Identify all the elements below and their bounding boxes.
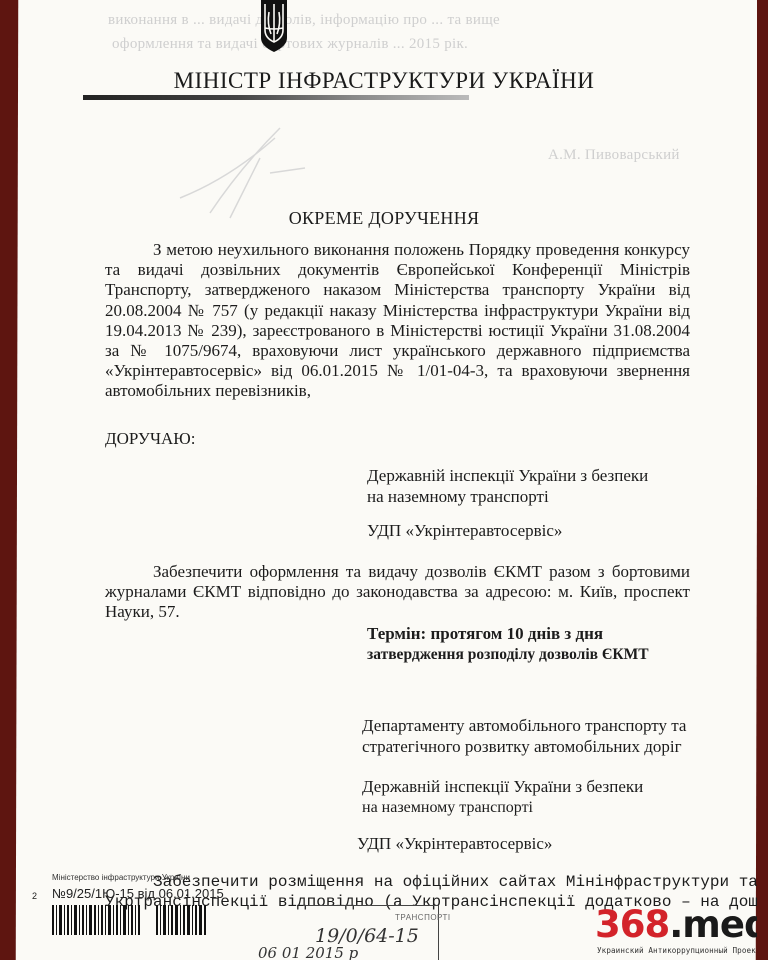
addressee-2: УДП «Укрінтеравтосервіс»: [367, 520, 562, 541]
bleed-through-line-2: оформлення та видачі бортових журналів .…: [112, 36, 468, 53]
barcode-icon: [52, 905, 206, 935]
preamble-line: та видачі дозвільних документів Європейс…: [105, 260, 690, 280]
order-word: ДОРУЧАЮ:: [105, 428, 195, 449]
deadline-line: затвердження розподілу дозволів ЄКМТ: [367, 644, 649, 665]
scan-edge-right: [757, 0, 768, 960]
addressee-1: Державній інспекції України з безпеки на…: [367, 465, 648, 507]
preamble-line: Транспорту, затвердженого наказом Мініст…: [105, 280, 690, 300]
addressee-line: Державній інспекції України з безпеки: [362, 776, 643, 797]
registration-caption: Міністерство інфраструктури України: [52, 873, 190, 882]
preamble-line: 19.04.2013 № 239), зареєстрованого в Мін…: [105, 321, 690, 341]
bleed-through-signature-name: А.М. Пивоварський: [548, 147, 680, 164]
watermark-number: 368: [595, 903, 669, 946]
registration-number: №9/25/1Ю-15 від 06.01.2015: [52, 886, 224, 901]
addressee-3: Департаменту автомобільного транспорту т…: [362, 715, 686, 757]
watermark-dot: .: [669, 903, 682, 946]
addressee-line: на наземному транспорті: [362, 797, 643, 818]
addressee-4: Державній інспекції України з безпеки на…: [362, 776, 643, 818]
bleed-through-line-1: виконання в ... видачі дозволів, інформа…: [108, 12, 500, 29]
document-title: ОКРЕМЕ ДОРУЧЕННЯ: [0, 208, 768, 229]
header-rule: [83, 95, 469, 100]
addressee-line: на наземному транспорті: [367, 486, 648, 507]
trident-emblem-icon: [261, 0, 287, 52]
preamble-line: 20.08.2004 № 757 (у редакції наказу Міні…: [105, 301, 690, 321]
ministry-header: МІНІСТР ІНФРАСТРУКТУРИ УКРАЇНИ: [0, 68, 768, 94]
stamp-label: ТРАНСПОРТІ: [395, 913, 451, 922]
instruction-line: Забезпечити оформлення та видачу дозволі…: [105, 562, 690, 582]
instruction-line: Науки, 57.: [105, 602, 690, 622]
instruction-line: журналами ЄКМТ відповідно до законодавст…: [105, 582, 690, 602]
preamble-line: «Укрінтеравтосервіс» від 06.01.2015 № 1/…: [105, 361, 690, 381]
watermark-tagline: Украинский Антикоррупционный Проект: [597, 946, 761, 955]
preamble-line: за № 1075/9674, враховуючи лист українсь…: [105, 341, 690, 361]
watermark-logo: 368.media Украинский Антикоррупционный П…: [595, 905, 768, 960]
preamble-line: автомобільних перевізників,: [105, 381, 690, 401]
instruction-paragraph-1: Забезпечити оформлення та видачу дозволі…: [105, 562, 690, 623]
preamble-line: З метою неухильного виконання положень П…: [105, 240, 690, 260]
addressee-line: Департаменту автомобільного транспорту т…: [362, 715, 686, 736]
addressee-5: УДП «Укрінтеравтосервіс»: [357, 833, 552, 854]
registration-page-number: 2: [32, 891, 37, 901]
preamble-paragraph: З метою неухильного виконання положень П…: [105, 240, 690, 402]
addressee-line: Державній інспекції України з безпеки: [367, 465, 648, 486]
deadline-line: Термін: протягом 10 днів з дня: [367, 623, 649, 644]
handwritten-date: 06 01 2015 р: [258, 944, 358, 960]
addressee-line: стратегічного розвитку автомобільних дор…: [362, 736, 686, 757]
watermark-name: media: [682, 903, 768, 946]
deadline: Термін: протягом 10 днів з дня затвердже…: [367, 623, 649, 665]
